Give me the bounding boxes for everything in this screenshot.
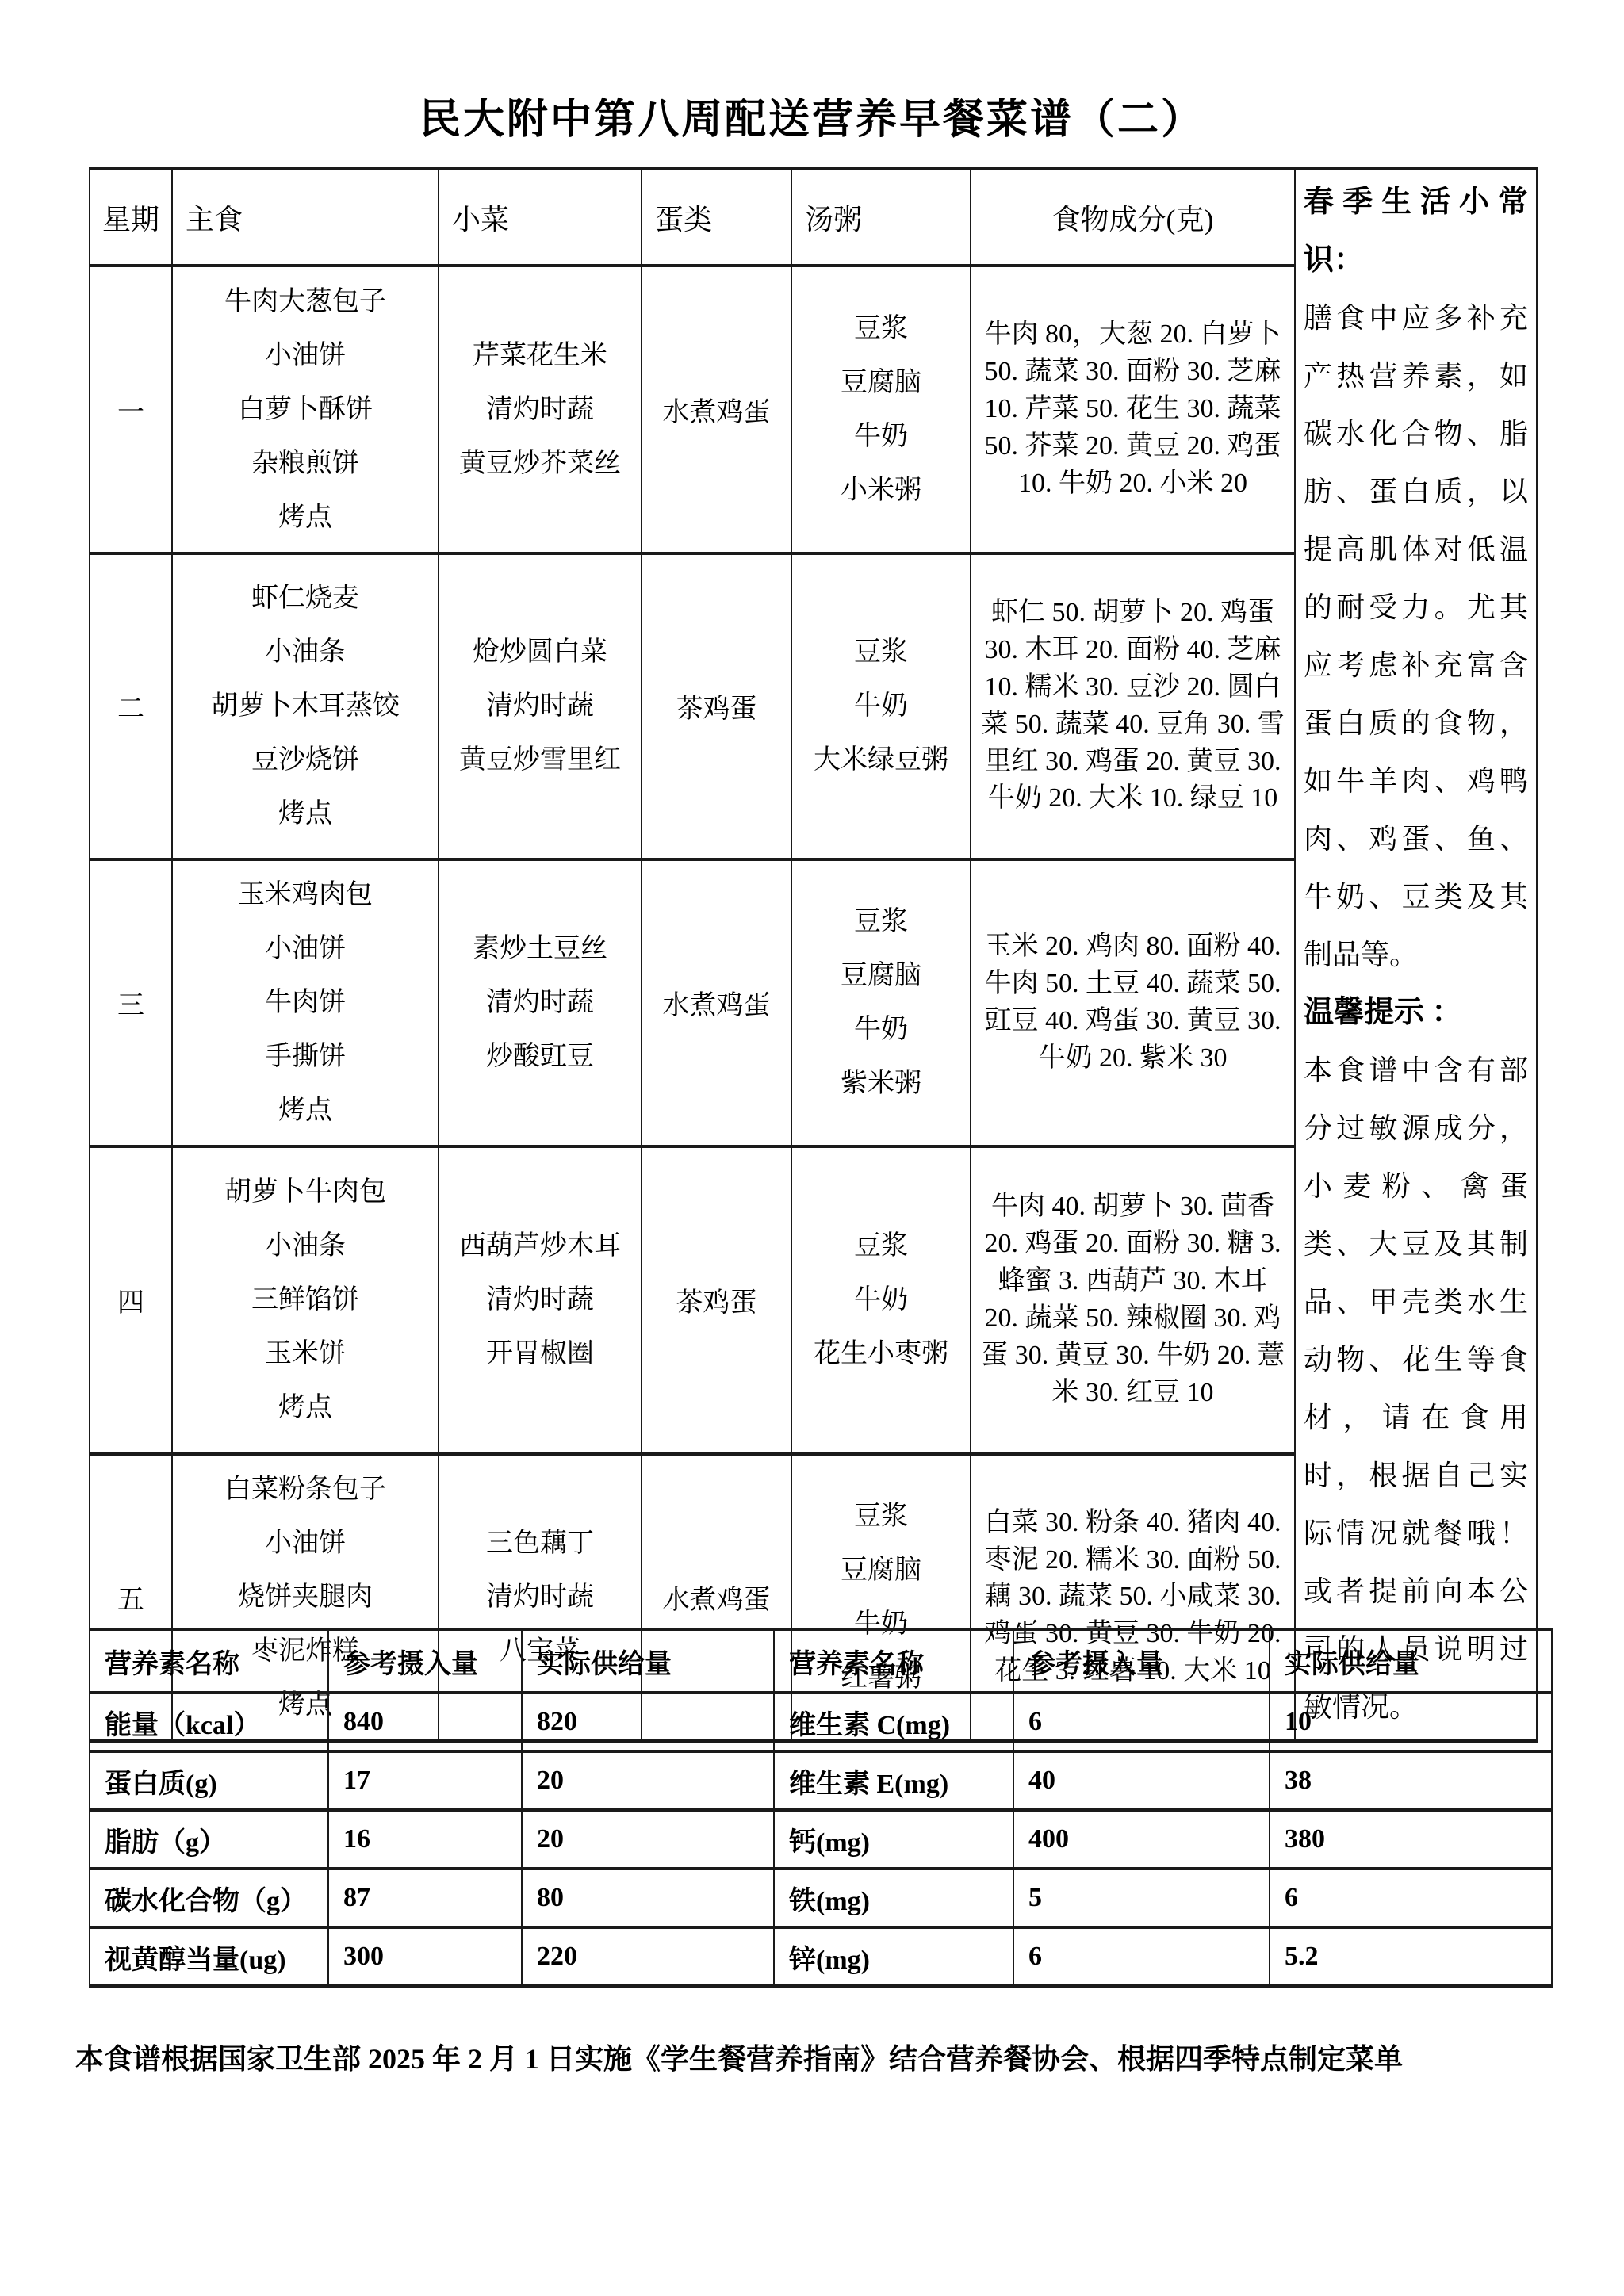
reference-intake-header: 参考摄入量 [1013,1629,1270,1693]
nutrition-row: 视黄醇当量(ug) 300 220 锌(mg) 6 5.2 [90,1927,1552,1986]
actual-value: 80 [522,1869,774,1927]
sidebar-tips-title: 春季生活小常识： [1304,174,1528,289]
reference-value: 300 [328,1927,522,1986]
sides-cell: 芹菜花生米 清灼时蔬 黄豆炒芥菜丝 [439,266,642,553]
page: 民大附中第八周配送营养早餐菜谱（二） 星期 主食 小菜 蛋类 汤粥 食物成分(克… [0,0,1624,2296]
actual-value: 220 [522,1927,774,1986]
nutrient-label: 维生素 E(mg) [774,1751,1013,1810]
header-sides: 小菜 [439,169,642,266]
header-staples: 主食 [172,169,439,266]
actual-value: 380 [1270,1810,1552,1869]
staples-cell: 牛肉大葱包子 小油饼 白萝卜酥饼 杂粮煎饼 烤点 [172,266,439,553]
ingredients-cell: 虾仁 50. 胡萝卜 20. 鸡蛋 30. 木耳 20. 面粉 40. 芝麻 1… [971,553,1295,859]
reference-value: 5 [1013,1869,1270,1927]
sides-cell: 西葫芦炒木耳 清灼时蔬 开胃椒圈 [439,1146,642,1454]
sidebar-warm-title: 温馨提示 ： [1304,984,1528,1042]
actual-value: 38 [1270,1751,1552,1810]
sidebar-tips-cell: 春季生活小常识： 膳食中应多补充产热营养素，如碳水化合物、脂肪、蛋白质，以提高肌… [1295,169,1537,1741]
sides-cell: 素炒土豆丝 清灼时蔬 炒酸豇豆 [439,859,642,1146]
nutrient-label: 维生素 C(mg) [774,1693,1013,1751]
actual-value: 10 [1270,1693,1552,1751]
header-soup: 汤粥 [791,169,971,266]
nutrient-label: 钙(mg) [774,1810,1013,1869]
nutrient-name-header: 营养素名称 [774,1629,1013,1693]
soup-cell: 豆浆 牛奶 大米绿豆粥 [791,553,971,859]
nutrient-label: 碳水化合物（g） [90,1869,328,1927]
page-title: 民大附中第八周配送营养早餐菜谱（二） [0,86,1624,145]
header-ingredients: 食物成分(克) [971,169,1295,266]
reference-value: 840 [328,1693,522,1751]
nutrient-label: 能量（kcal） [90,1693,328,1751]
reference-value: 6 [1013,1693,1270,1751]
nutrient-label: 锌(mg) [774,1927,1013,1986]
staples-cell: 虾仁烧麦 小油条 胡萝卜木耳蒸饺 豆沙烧饼 烤点 [172,553,439,859]
staples-cell: 玉米鸡肉包 小油饼 牛肉饼 手撕饼 烤点 [172,859,439,1146]
nutrient-label: 铁(mg) [774,1869,1013,1927]
sides-cell: 炝炒圆白菜 清灼时蔬 黄豆炒雪里红 [439,553,642,859]
sidebar-tips-body: 膳食中应多补充产热营养素，如碳水化合物、脂肪、蛋白质，以提高肌体对低温的耐受力。… [1304,289,1528,984]
reference-value: 87 [328,1869,522,1927]
nutrient-label: 脂肪（g） [90,1810,328,1869]
header-day: 星期 [90,169,172,266]
egg-cell: 茶鸡蛋 [642,1146,791,1454]
nutrient-label: 蛋白质(g) [90,1751,328,1810]
day-cell: 二 [90,553,172,859]
actual-value: 6 [1270,1869,1552,1927]
reference-value: 6 [1013,1927,1270,1986]
nutrition-row: 碳水化合物（g） 87 80 铁(mg) 5 6 [90,1869,1552,1927]
actual-supply-header: 实际供给量 [1270,1629,1552,1693]
day-cell: 一 [90,266,172,553]
nutrition-row: 能量（kcal） 840 820 维生素 C(mg) 6 10 [90,1693,1552,1751]
reference-value: 16 [328,1810,522,1869]
footer-note: 本食谱根据国家卫生部 2025 年 2 月 1 日实施《学生餐营养指南》结合营养… [75,2039,1566,2079]
day-cell: 四 [90,1146,172,1454]
nutrition-header-row: 营养素名称 参考摄入量 实际供给量 营养素名称 参考摄入量 实际供给量 [90,1629,1552,1693]
egg-cell: 茶鸡蛋 [642,553,791,859]
nutrition-table: 营养素名称 参考摄入量 实际供给量 营养素名称 参考摄入量 实际供给量 能量（k… [89,1628,1553,1988]
egg-cell: 水煮鸡蛋 [642,266,791,553]
day-cell: 三 [90,859,172,1146]
ingredients-cell: 牛肉 40. 胡萝卜 30. 茴香 20. 鸡蛋 20. 面粉 30. 糖 3.… [971,1146,1295,1454]
soup-cell: 豆浆 豆腐脑 牛奶 紫米粥 [791,859,971,1146]
menu-header-row: 星期 主食 小菜 蛋类 汤粥 食物成分(克) 春季生活小常识： 膳食中应多补充产… [90,169,1537,266]
ingredients-cell: 玉米 20. 鸡肉 80. 面粉 40. 牛肉 50. 土豆 40. 蔬菜 50… [971,859,1295,1146]
nutrient-name-header: 营养素名称 [90,1629,328,1693]
soup-cell: 豆浆 牛奶 花生小枣粥 [791,1146,971,1454]
reference-value: 17 [328,1751,522,1810]
soup-cell: 豆浆 豆腐脑 牛奶 小米粥 [791,266,971,553]
nutrient-label: 视黄醇当量(ug) [90,1927,328,1986]
actual-value: 20 [522,1751,774,1810]
staples-cell: 胡萝卜牛肉包 小油条 三鲜馅饼 玉米饼 烤点 [172,1146,439,1454]
actual-supply-header: 实际供给量 [522,1629,774,1693]
nutrition-row: 蛋白质(g) 17 20 维生素 E(mg) 40 38 [90,1751,1552,1810]
menu-table: 星期 主食 小菜 蛋类 汤粥 食物成分(克) 春季生活小常识： 膳食中应多补充产… [89,167,1538,1743]
reference-value: 400 [1013,1810,1270,1869]
nutrition-row: 脂肪（g） 16 20 钙(mg) 400 380 [90,1810,1552,1869]
header-egg: 蛋类 [642,169,791,266]
reference-value: 40 [1013,1751,1270,1810]
actual-value: 5.2 [1270,1927,1552,1986]
ingredients-cell: 牛肉 80，大葱 20. 白萝卜 50. 蔬菜 30. 面粉 30. 芝麻 10… [971,266,1295,553]
egg-cell: 水煮鸡蛋 [642,859,791,1146]
actual-value: 20 [522,1810,774,1869]
reference-intake-header: 参考摄入量 [328,1629,522,1693]
actual-value: 820 [522,1693,774,1751]
